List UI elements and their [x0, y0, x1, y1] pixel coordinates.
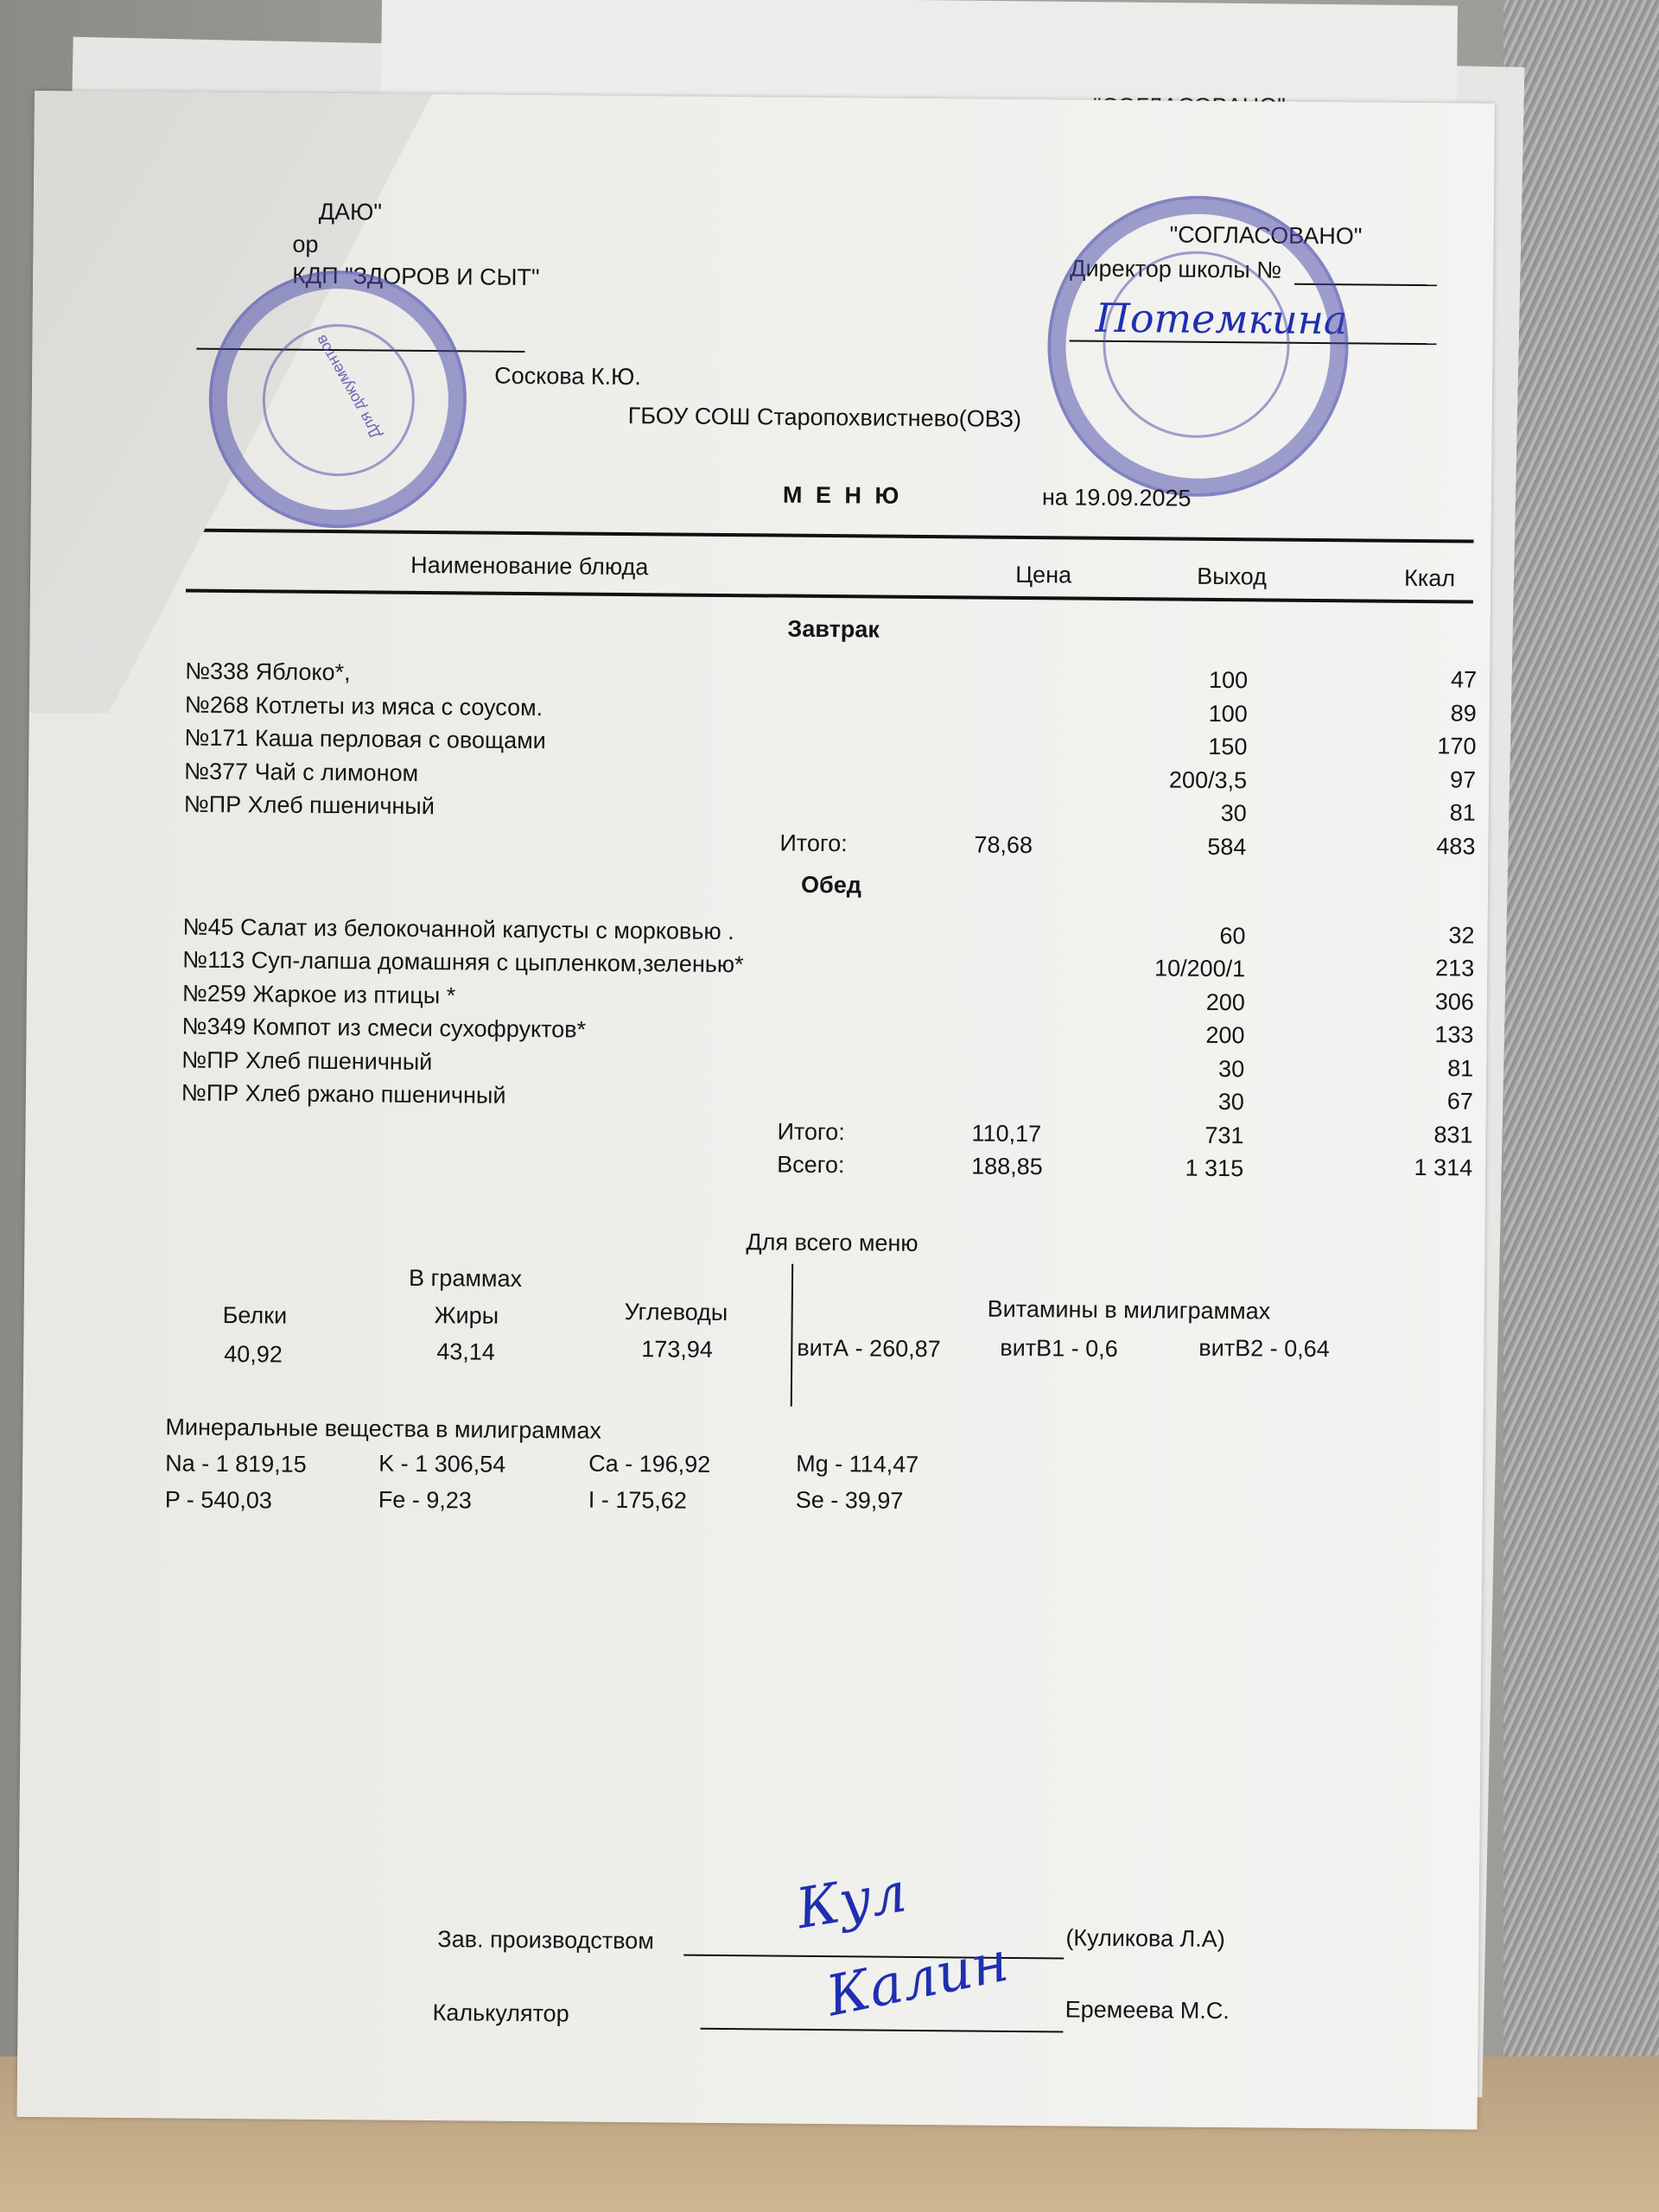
nutrition-divider — [791, 1264, 793, 1407]
dish-yield: 200 — [1072, 988, 1245, 1016]
dish-kcal: 97 — [1303, 765, 1476, 793]
stamp-inner-ring — [1103, 251, 1291, 439]
subtotal-yield: 584 — [1073, 832, 1246, 861]
total-yield: 1 315 — [1071, 1154, 1243, 1182]
subtotal-yield: 731 — [1071, 1121, 1243, 1149]
dish-name: №ПР Хлеб пшеничный — [184, 791, 435, 821]
approve-heading: ДАЮ" — [319, 199, 382, 226]
dish-yield: 30 — [1074, 799, 1247, 828]
macro-label-carbs: Углеводы — [625, 1299, 728, 1326]
dish-kcal: 81 — [1300, 1053, 1473, 1082]
production-signature: Кул — [792, 1860, 912, 1942]
menu-title: М Е Н Ю — [783, 482, 903, 510]
mineral-value: Mg - 114,47 — [796, 1451, 918, 1478]
table-top-rule — [187, 529, 1474, 543]
production-name: (Куликова Л.А) — [1065, 1924, 1225, 1953]
school-stamp — [1046, 194, 1350, 498]
dish-name: №ПР Хлеб пшеничный — [181, 1046, 432, 1076]
vitamin-a: витА - 260,87 — [797, 1335, 941, 1363]
subtotal-kcal: 831 — [1300, 1120, 1472, 1148]
dish-kcal: 47 — [1304, 665, 1477, 694]
dish-yield: 200 — [1071, 1021, 1244, 1050]
dish-name: №45 Салат из белокочанной капусты с морк… — [182, 913, 734, 945]
section-title: Обед — [801, 871, 861, 899]
dish-yield: 60 — [1072, 921, 1245, 950]
stamp-inner-ring — [262, 323, 416, 477]
mineral-value: Fe - 9,23 — [378, 1487, 472, 1515]
dish-kcal: 81 — [1303, 798, 1476, 827]
dish-kcal: 213 — [1301, 954, 1474, 982]
calculator-signature: Калин — [822, 1930, 1014, 2030]
table-header-rule — [186, 589, 1473, 604]
dish-kcal: 170 — [1303, 732, 1476, 760]
dish-kcal: 67 — [1300, 1087, 1473, 1116]
macro-label-fat: Жиры — [435, 1302, 499, 1330]
col-kcal: Ккал — [1404, 565, 1455, 593]
dish-name: №113 Суп-лапша домашняя с цыпленком,зеле… — [182, 947, 744, 979]
production-label: Зав. производством — [437, 1926, 654, 1955]
vitamin-b1: витВ1 - 0,6 — [1000, 1335, 1118, 1363]
dish-yield: 100 — [1075, 699, 1248, 728]
vitamins-heading: Витамины в милиграммах — [988, 1296, 1271, 1325]
left-org-stamp: Для документов — [208, 270, 468, 530]
dish-name: №171 Каша перловая с овощами — [184, 725, 546, 755]
col-price: Цена — [1015, 562, 1071, 589]
dish-kcal: 89 — [1304, 698, 1477, 727]
mineral-value: K - 1 306,54 — [378, 1451, 505, 1478]
dish-kcal: 133 — [1300, 1020, 1473, 1049]
approve-role: ор — [292, 232, 318, 258]
macro-label-protein: Белки — [223, 1302, 288, 1330]
subtotal-label: Итого: — [777, 1118, 845, 1146]
calculator-signature-line — [700, 2028, 1063, 2033]
dish-yield: 100 — [1075, 666, 1248, 695]
calculator-label: Калькулятор — [432, 1999, 569, 2027]
subtotal-price: 78,68 — [974, 831, 1033, 859]
subtotal-kcal: 483 — [1302, 831, 1475, 860]
section-title: Завтрак — [787, 616, 880, 644]
subtotal-label: Итого: — [779, 829, 848, 857]
menu-document: ДАЮ" ор КДП "ЗДОРОВ И СЫТ" Соскова К.Ю. … — [17, 91, 1495, 2130]
macro-value-fat: 43,14 — [436, 1338, 495, 1366]
desk-surface — [1503, 0, 1659, 2212]
dish-yield: 200/3,5 — [1074, 766, 1247, 794]
macro-value-carbs: 173,94 — [641, 1336, 713, 1363]
menu-date: на 19.09.2025 — [1042, 484, 1192, 512]
total-kcal: 1 314 — [1300, 1153, 1472, 1181]
dish-yield: 150 — [1074, 733, 1247, 761]
col-name: Наименование блюда — [410, 552, 648, 581]
mineral-value: Na - 1 819,15 — [165, 1450, 307, 1478]
mineral-value: I - 175,62 — [588, 1487, 687, 1515]
school-name: ГБОУ СОШ Старопохвистнево(ОВЗ) — [628, 403, 1022, 433]
mineral-value: Ca - 196,92 — [588, 1451, 710, 1478]
dish-kcal: 32 — [1301, 920, 1474, 949]
mineral-value: P - 540,03 — [165, 1486, 272, 1514]
minerals-heading: Минеральные вещества в милиграммах — [165, 1414, 601, 1444]
dish-yield: 30 — [1071, 1054, 1244, 1083]
total-price: 188,85 — [971, 1153, 1043, 1180]
calculator-name: Еремеева М.С. — [1065, 1996, 1230, 2024]
dish-name: №349 Компот из смеси сухофруктов* — [181, 1014, 586, 1044]
vitamin-b2: витВ2 - 0,64 — [1198, 1335, 1330, 1363]
nutrition-heading: Для всего меню — [746, 1229, 918, 1257]
dish-kcal: 306 — [1301, 987, 1474, 1015]
dish-name: №338 Яблоко*, — [185, 658, 351, 687]
dish-name: №ПР Хлеб ржано пшеничный — [181, 1080, 506, 1109]
mineral-value: Se - 39,97 — [796, 1487, 904, 1515]
total-label: Всего: — [777, 1151, 845, 1179]
dish-name: №268 Котлеты из мяса с соусом. — [185, 691, 543, 721]
subtotal-price: 110,17 — [971, 1120, 1041, 1147]
approve-signer: Соскова К.Ю. — [494, 363, 641, 391]
dish-name: №259 Жаркое из птицы * — [182, 980, 456, 1009]
dish-yield: 30 — [1071, 1088, 1244, 1116]
macro-value-protein: 40,92 — [224, 1341, 283, 1369]
dish-yield: 10/200/1 — [1072, 955, 1245, 983]
dish-name: №377 Чай с лимоном — [184, 758, 418, 786]
grams-heading: В граммах — [409, 1265, 522, 1293]
col-yield: Выход — [1197, 563, 1267, 591]
